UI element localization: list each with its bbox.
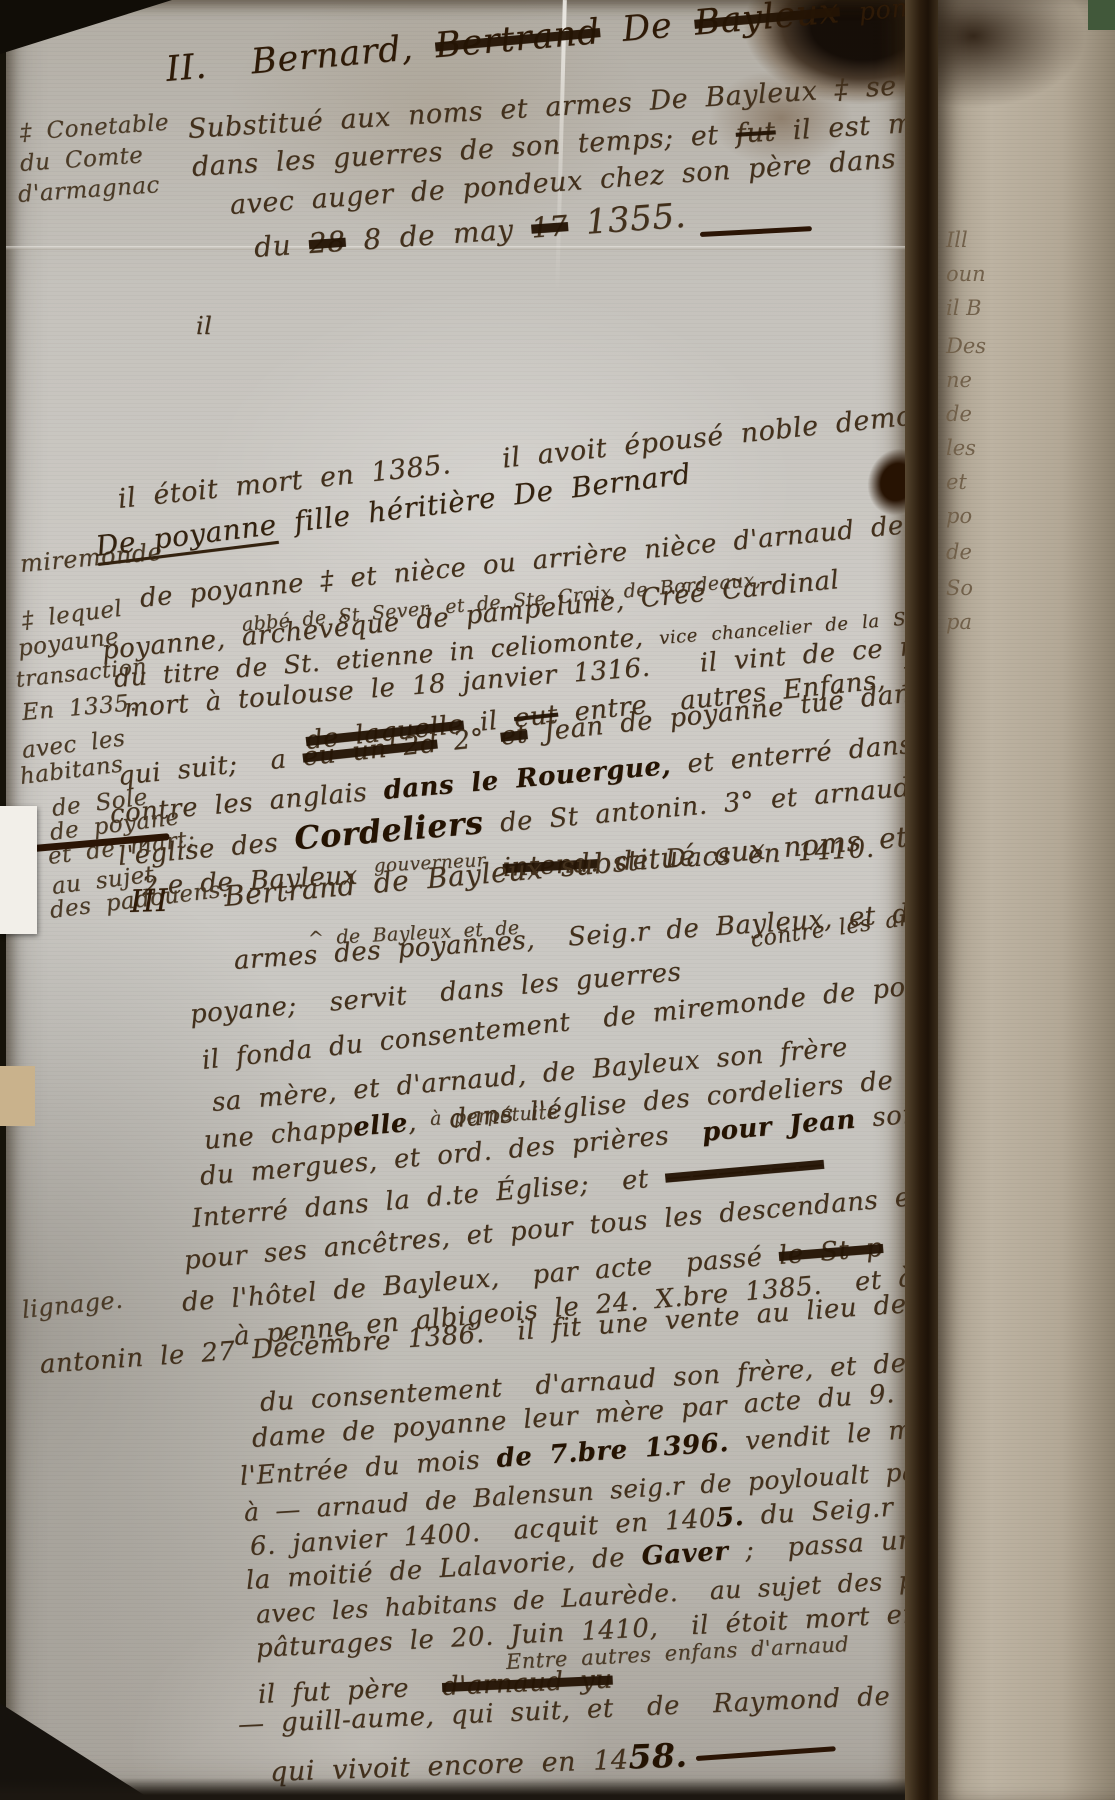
text-segment: il (196, 312, 212, 340)
adjacent-page-text-fragment: Des (946, 334, 986, 358)
adjacent-page-text-fragment: pa (946, 610, 972, 634)
binding-corner (1088, 0, 1115, 30)
struck-text: —————— (664, 1149, 825, 1193)
adjacent-page-text-fragment: de (946, 402, 972, 426)
text-segment: III (129, 883, 169, 920)
text-segment: 58. (628, 1735, 688, 1776)
text-segment: pour Jean (701, 1105, 857, 1148)
text-segment: du (253, 227, 310, 264)
text-segment: de 7.bre 1396. (496, 1428, 730, 1474)
ink-stroke (700, 226, 812, 237)
text-segment: 1355. (584, 196, 687, 243)
adjacent-page-text-fragment: ne (946, 368, 972, 392)
adjacent-page-text-fragment: les (946, 436, 976, 460)
adjacent-page-text-fragment: oun (946, 262, 986, 286)
text-segment: lignage. (21, 1285, 125, 1323)
text-segment: En 1335. (21, 690, 138, 726)
text-segment: 5. (715, 1502, 745, 1534)
struck-text: 28 (308, 225, 347, 260)
text-segment: De poyanne (94, 508, 279, 563)
adjacent-page-edge: Illounil BDesnedelesetpodeSopa (938, 0, 1115, 1800)
paper-patch-white (0, 806, 37, 934)
paper-patch-tan (0, 1066, 35, 1126)
struck-text: le St p (778, 1233, 884, 1271)
adjacent-page-text-fragment: po (946, 504, 972, 528)
manuscript-photo: II. Bernard, Bertrand De Bayleux pondeux… (0, 0, 1115, 1800)
text-layer: II. Bernard, Bertrand De Bayleux pondeux… (6, 0, 905, 1800)
text-segment: II. (164, 43, 253, 90)
text-segment: De (598, 4, 696, 52)
struck-text: fut (735, 116, 777, 149)
text-segment: Bernard, (249, 27, 437, 83)
struck-text: et (499, 719, 529, 752)
manuscript-page: II. Bernard, Bertrand De Bayleux pondeux… (6, 0, 905, 1800)
struck-text: Bayleux (693, 0, 841, 44)
adjacent-page-text-fragment: Ill (946, 228, 968, 252)
margin-note: d'armagnac (17, 172, 160, 208)
margin-note: du Comte (19, 142, 144, 177)
text-segment: pondeux (838, 0, 905, 28)
text-segment: d'armagnac (17, 172, 160, 208)
text-segment (567, 208, 587, 242)
margin-note: En 1335. (21, 690, 138, 726)
struck-text: 17 (530, 209, 569, 244)
text-segment: elle (352, 1108, 409, 1143)
adjacent-page-text-fragment: de (946, 540, 972, 564)
adjacent-page-text-fragment: So (946, 576, 973, 600)
struck-text: Bertrand (434, 12, 602, 66)
text-segment: 8 de may (344, 212, 532, 258)
text-segment: Gaver (641, 1537, 730, 1572)
text-segment: 2° (436, 722, 503, 759)
adjacent-page-text-fragment: il B (946, 296, 982, 320)
page-gutter-shadow (905, 0, 938, 1800)
section-number: III (129, 883, 169, 920)
torn-edge-bottom (0, 1778, 905, 1800)
margin-note: lignage. (21, 1285, 125, 1323)
margin-note: ‡ Conetable (19, 110, 170, 146)
text-segment: du Comte (19, 142, 144, 177)
adjacent-page-text-fragment: et (946, 470, 967, 494)
text-segment: Cordeliers (293, 804, 485, 857)
ink-stroke (696, 1746, 836, 1761)
handwritten-line: il (196, 312, 212, 340)
text-segment: ‡ Conetable (19, 110, 170, 146)
